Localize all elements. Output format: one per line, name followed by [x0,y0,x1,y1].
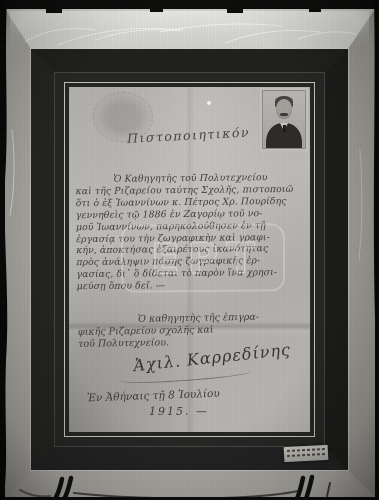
paper-speck [207,101,211,105]
photo-plate: Πιστοποιητικόν Ὁ Καθηγητὴς τοῦ Πολυτεχνε… [0,0,379,500]
frame-matte: Πιστοποιητικόν Ὁ Καθηγητὴς τοῦ Πολυτεχνε… [54,72,325,447]
portrait-face [276,99,292,119]
matte-pinstripe: Πιστοποιητικόν Ὁ Καθηγητὴς τοῦ Πολυτεχνε… [64,82,315,437]
certificate-body: Ὁ Καθηγητὴς τοῦ Πολυτεχνείου καὶ τῆς Ριζ… [75,172,298,293]
portrait-mustache [280,113,288,116]
body-text-line: γασίας, δι᾽ ὃ δίδεται τὸ παρὸν ἵνα χρησι… [76,267,298,281]
label-scribble [287,453,325,457]
picture-frame-inner: Πιστοποιητικόν Ὁ Καθηγητὴς τοῦ Πολυτεχνε… [31,49,348,470]
portrait-photo [262,90,306,149]
date-year: 1915. — [149,405,209,418]
frame-label [284,445,329,462]
body-text-line: ὅτι ὁ ἐξ Ἰωαννίνων κ. Πέτρος Χρ. Πουρίδη… [76,196,298,210]
certificate-paper: Πιστοποιητικόν Ὁ Καθηγητὴς τοῦ Πολυτεχνε… [69,87,310,432]
picture-frame-outer: Πιστοποιητικόν Ὁ Καθηγητὴς τοῦ Πολυτεχνε… [5,9,375,497]
body-text-line: μεύσῃ ὅπου δεῖ. — [77,279,299,293]
label-scribble [287,448,325,452]
portrait-tie [283,125,286,132]
date-line: Ἐν Ἀθήναις τῇ 8 Ἰουλίου [87,388,220,405]
